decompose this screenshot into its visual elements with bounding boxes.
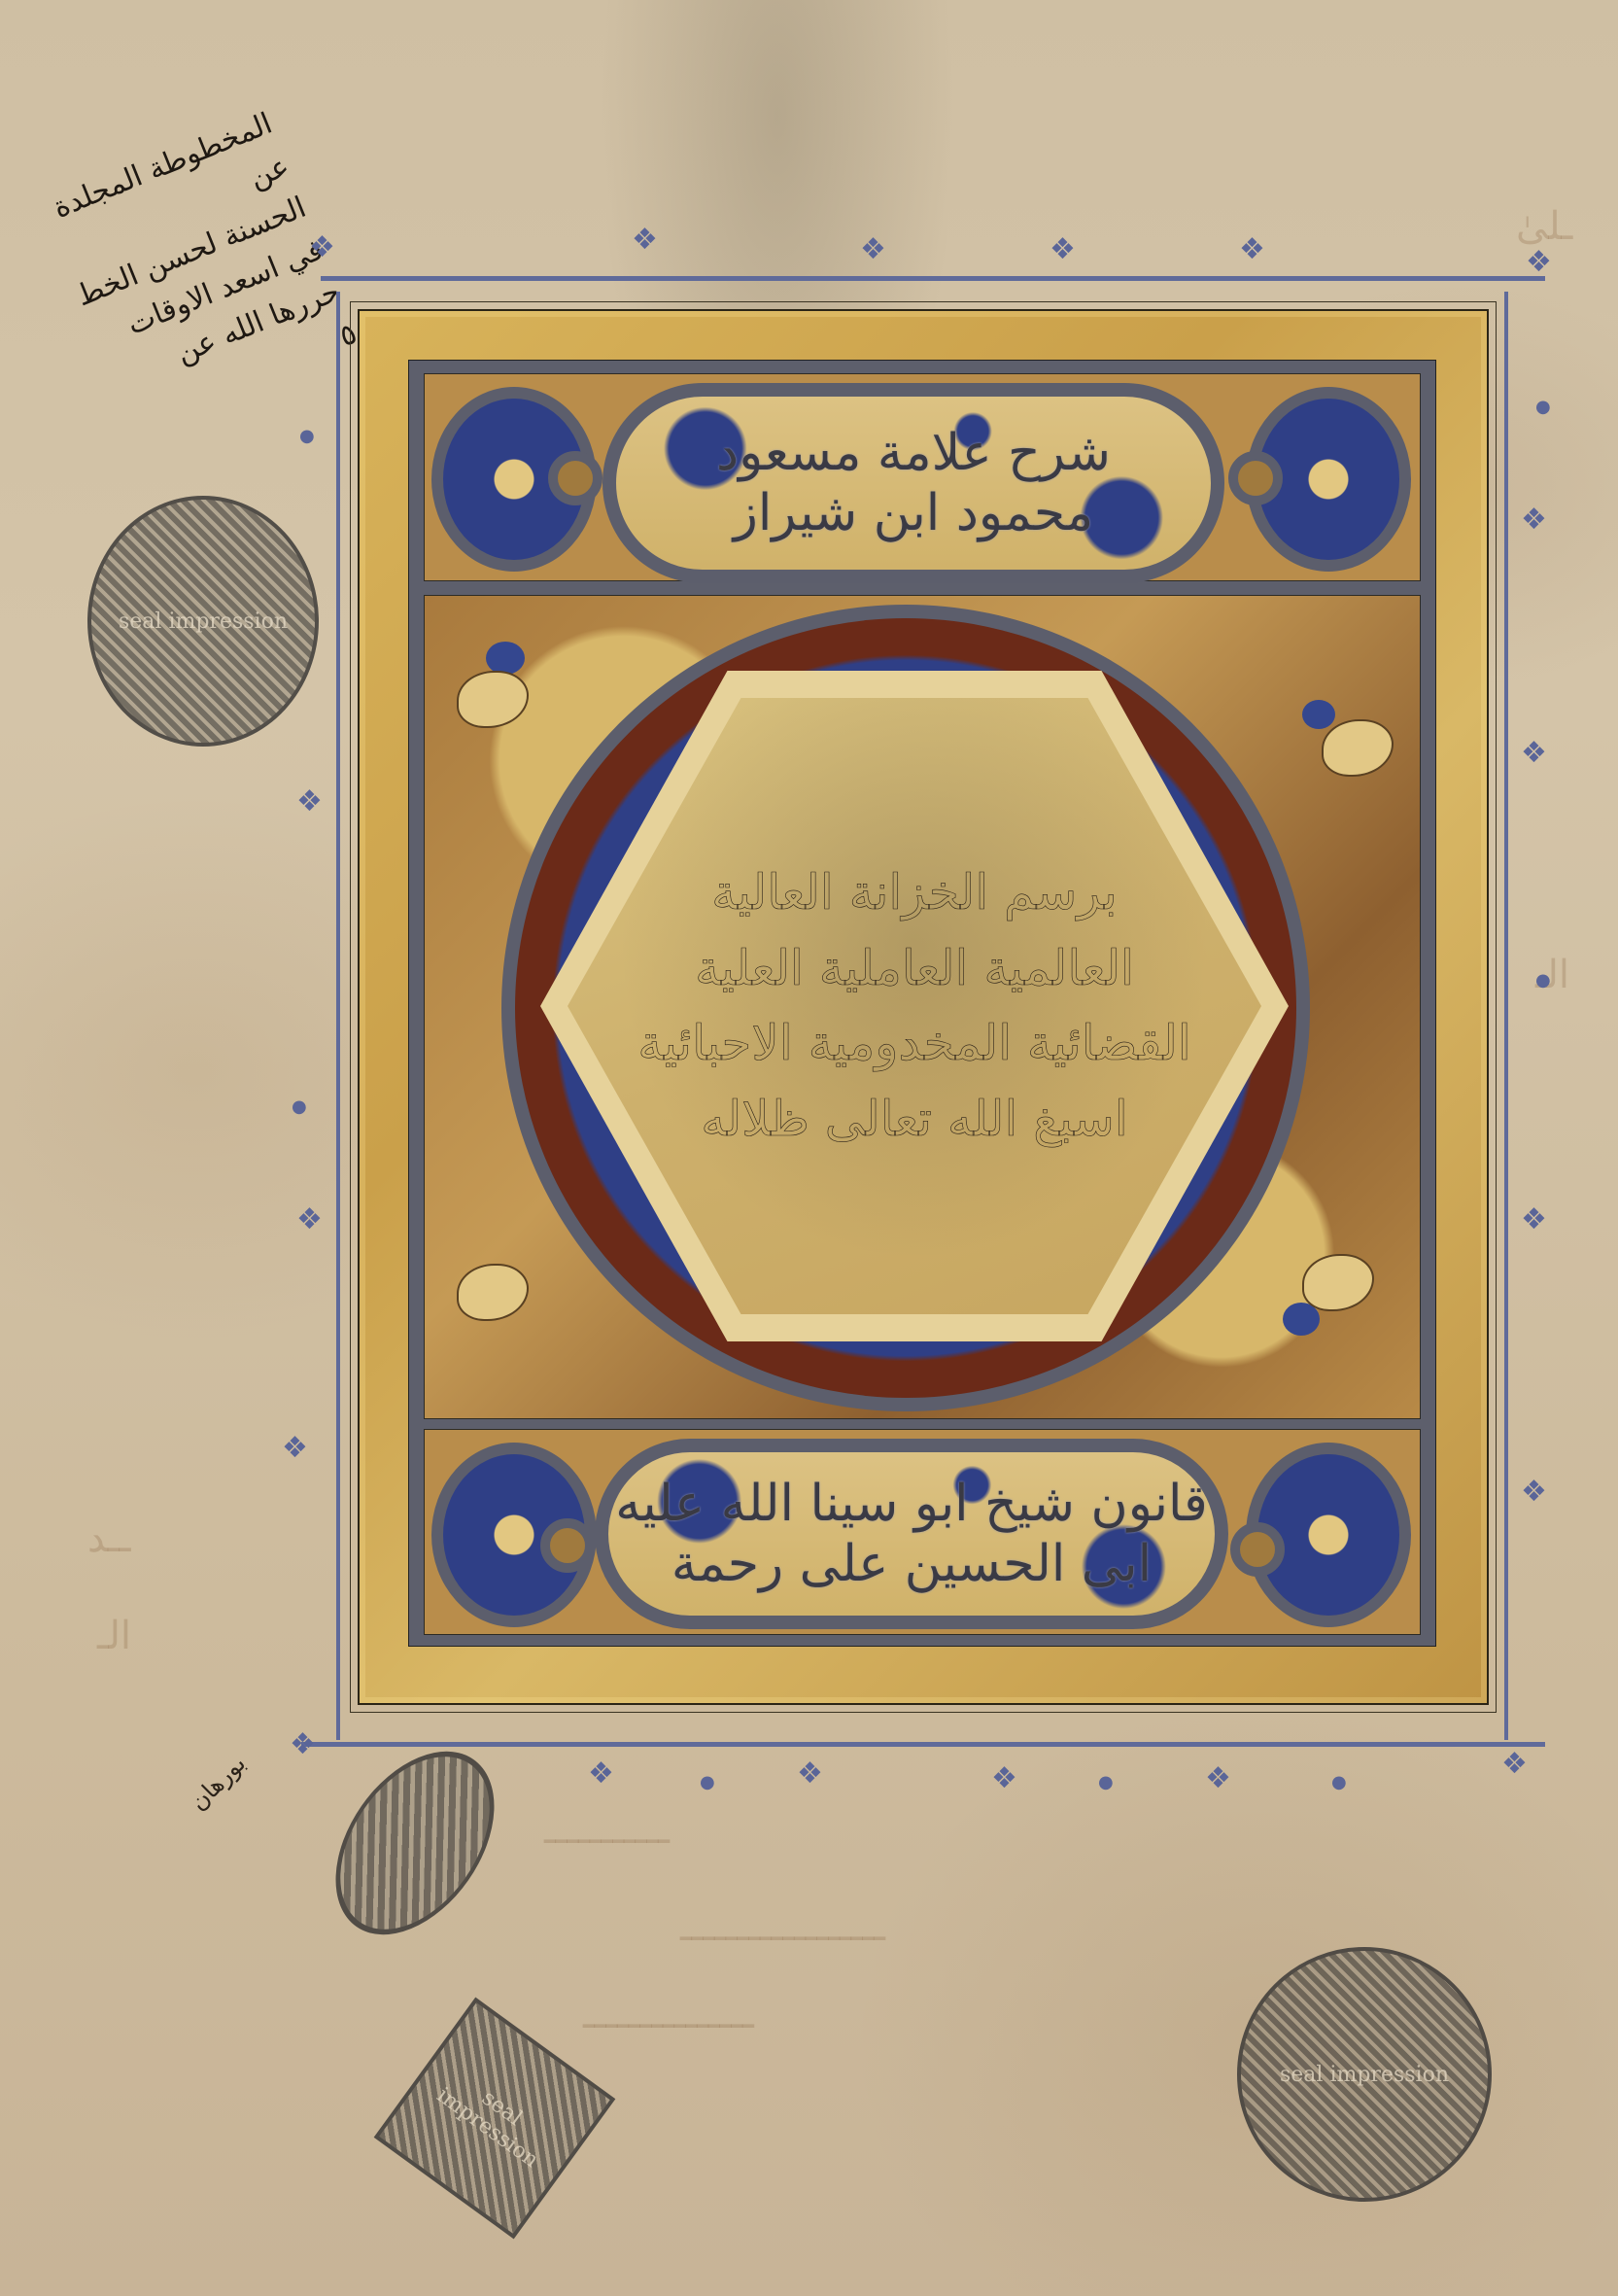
knot-ornament (1230, 1522, 1285, 1577)
title-line: محمود ابن شیراز (716, 483, 1111, 543)
fleuron-icon: ❖ (290, 1730, 316, 1759)
fleuron-icon: ❖ (588, 1759, 614, 1789)
dedication-line: اسبغ الله تعالى ظلاله (701, 1082, 1128, 1158)
title-cartouche-bottom: قانون شیخ ابو سینا الله علیه ابی الحسین … (595, 1439, 1228, 1629)
lapis-fleck (486, 642, 525, 675)
knot-ornament (1228, 451, 1283, 505)
show-through-text: ــد (87, 1516, 130, 1561)
drop-icon: ● (299, 428, 315, 445)
fleuron-icon: ❖ (1521, 1205, 1547, 1235)
dedication-line: العالمية العاملية العلية (695, 931, 1134, 1007)
fleuron-icon: ❖ (309, 233, 335, 262)
fleuron-icon: ❖ (296, 787, 323, 817)
knot-ornament (548, 451, 602, 505)
drop-icon: ● (1098, 1774, 1114, 1792)
fleuron-icon: ❖ (991, 1764, 1017, 1793)
blue-rule-bottom (301, 1742, 1545, 1747)
seal-impression-round: seal impression (87, 496, 319, 747)
seal-impression-square: seal impression (374, 1998, 616, 2240)
drop-icon: ● (292, 1098, 307, 1116)
seal-label: seal impression (414, 2050, 576, 2186)
fleuron-icon: ❖ (282, 1434, 308, 1463)
fleuron-icon: ❖ (860, 235, 886, 264)
show-through-text: الـ (97, 1614, 131, 1658)
lapis-fleck (1302, 700, 1335, 729)
title-line: شرح علامة مسعود (716, 423, 1111, 483)
seal-impression-oval (303, 1722, 527, 1965)
fleuron-icon: ❖ (1521, 739, 1547, 768)
drop-icon: ● (1331, 1774, 1347, 1792)
title-cartouche-top: شرح علامة مسعود محمود ابن شیراز (602, 383, 1224, 583)
show-through-text: ـــــــــــــــ (583, 1993, 754, 2037)
title-line: قانون شیخ ابو سینا الله علیه (615, 1474, 1207, 1534)
fleuron-icon: ❖ (1205, 1764, 1231, 1793)
drop-icon: ● (700, 1774, 715, 1792)
owner-signature: بورهان (185, 1750, 251, 1816)
manuscript-page: ـلىٰ الـ ــد الـ ـــــــــــ ـــــــــــ… (0, 0, 1618, 2296)
fleuron-icon: ❖ (1501, 1750, 1528, 1779)
seal-label: seal impression (119, 609, 288, 634)
fleuron-icon: ❖ (1050, 235, 1076, 264)
fleuron-icon: ❖ (1239, 235, 1265, 264)
fleuron-icon: ❖ (797, 1759, 823, 1789)
seal-label: seal impression (1280, 2063, 1449, 2087)
title-line: ابی الحسین علی رحمة (615, 1534, 1207, 1594)
knot-ornament (540, 1518, 595, 1573)
show-through-text: ـلىٰ (1516, 204, 1572, 249)
marginal-inscription: المخطوطة المجلدة عن الحسنة لحسن الخط في … (19, 102, 364, 452)
drop-icon: ● (1535, 972, 1551, 990)
blue-rule-right (1504, 292, 1508, 1740)
drop-icon: ● (1535, 399, 1551, 416)
fleuron-icon: ❖ (632, 226, 658, 255)
fleuron-icon: ❖ (296, 1205, 323, 1235)
fleuron-icon: ❖ (1526, 248, 1552, 277)
seal-impression-round: seal impression (1237, 1947, 1492, 2202)
dedication-line: القضائية المخدومية الاحبائية (637, 1006, 1190, 1082)
dedication-line: برسم الخزانة العالية (711, 855, 1118, 931)
blue-rule-left (336, 292, 340, 1740)
blue-rule-top (321, 276, 1545, 281)
show-through-text: ـــــــــــ (544, 1808, 670, 1853)
fleuron-icon: ❖ (1521, 505, 1547, 535)
show-through-text: ــــــــــــــــــ (680, 1905, 885, 1950)
fleuron-icon: ❖ (1521, 1478, 1547, 1507)
